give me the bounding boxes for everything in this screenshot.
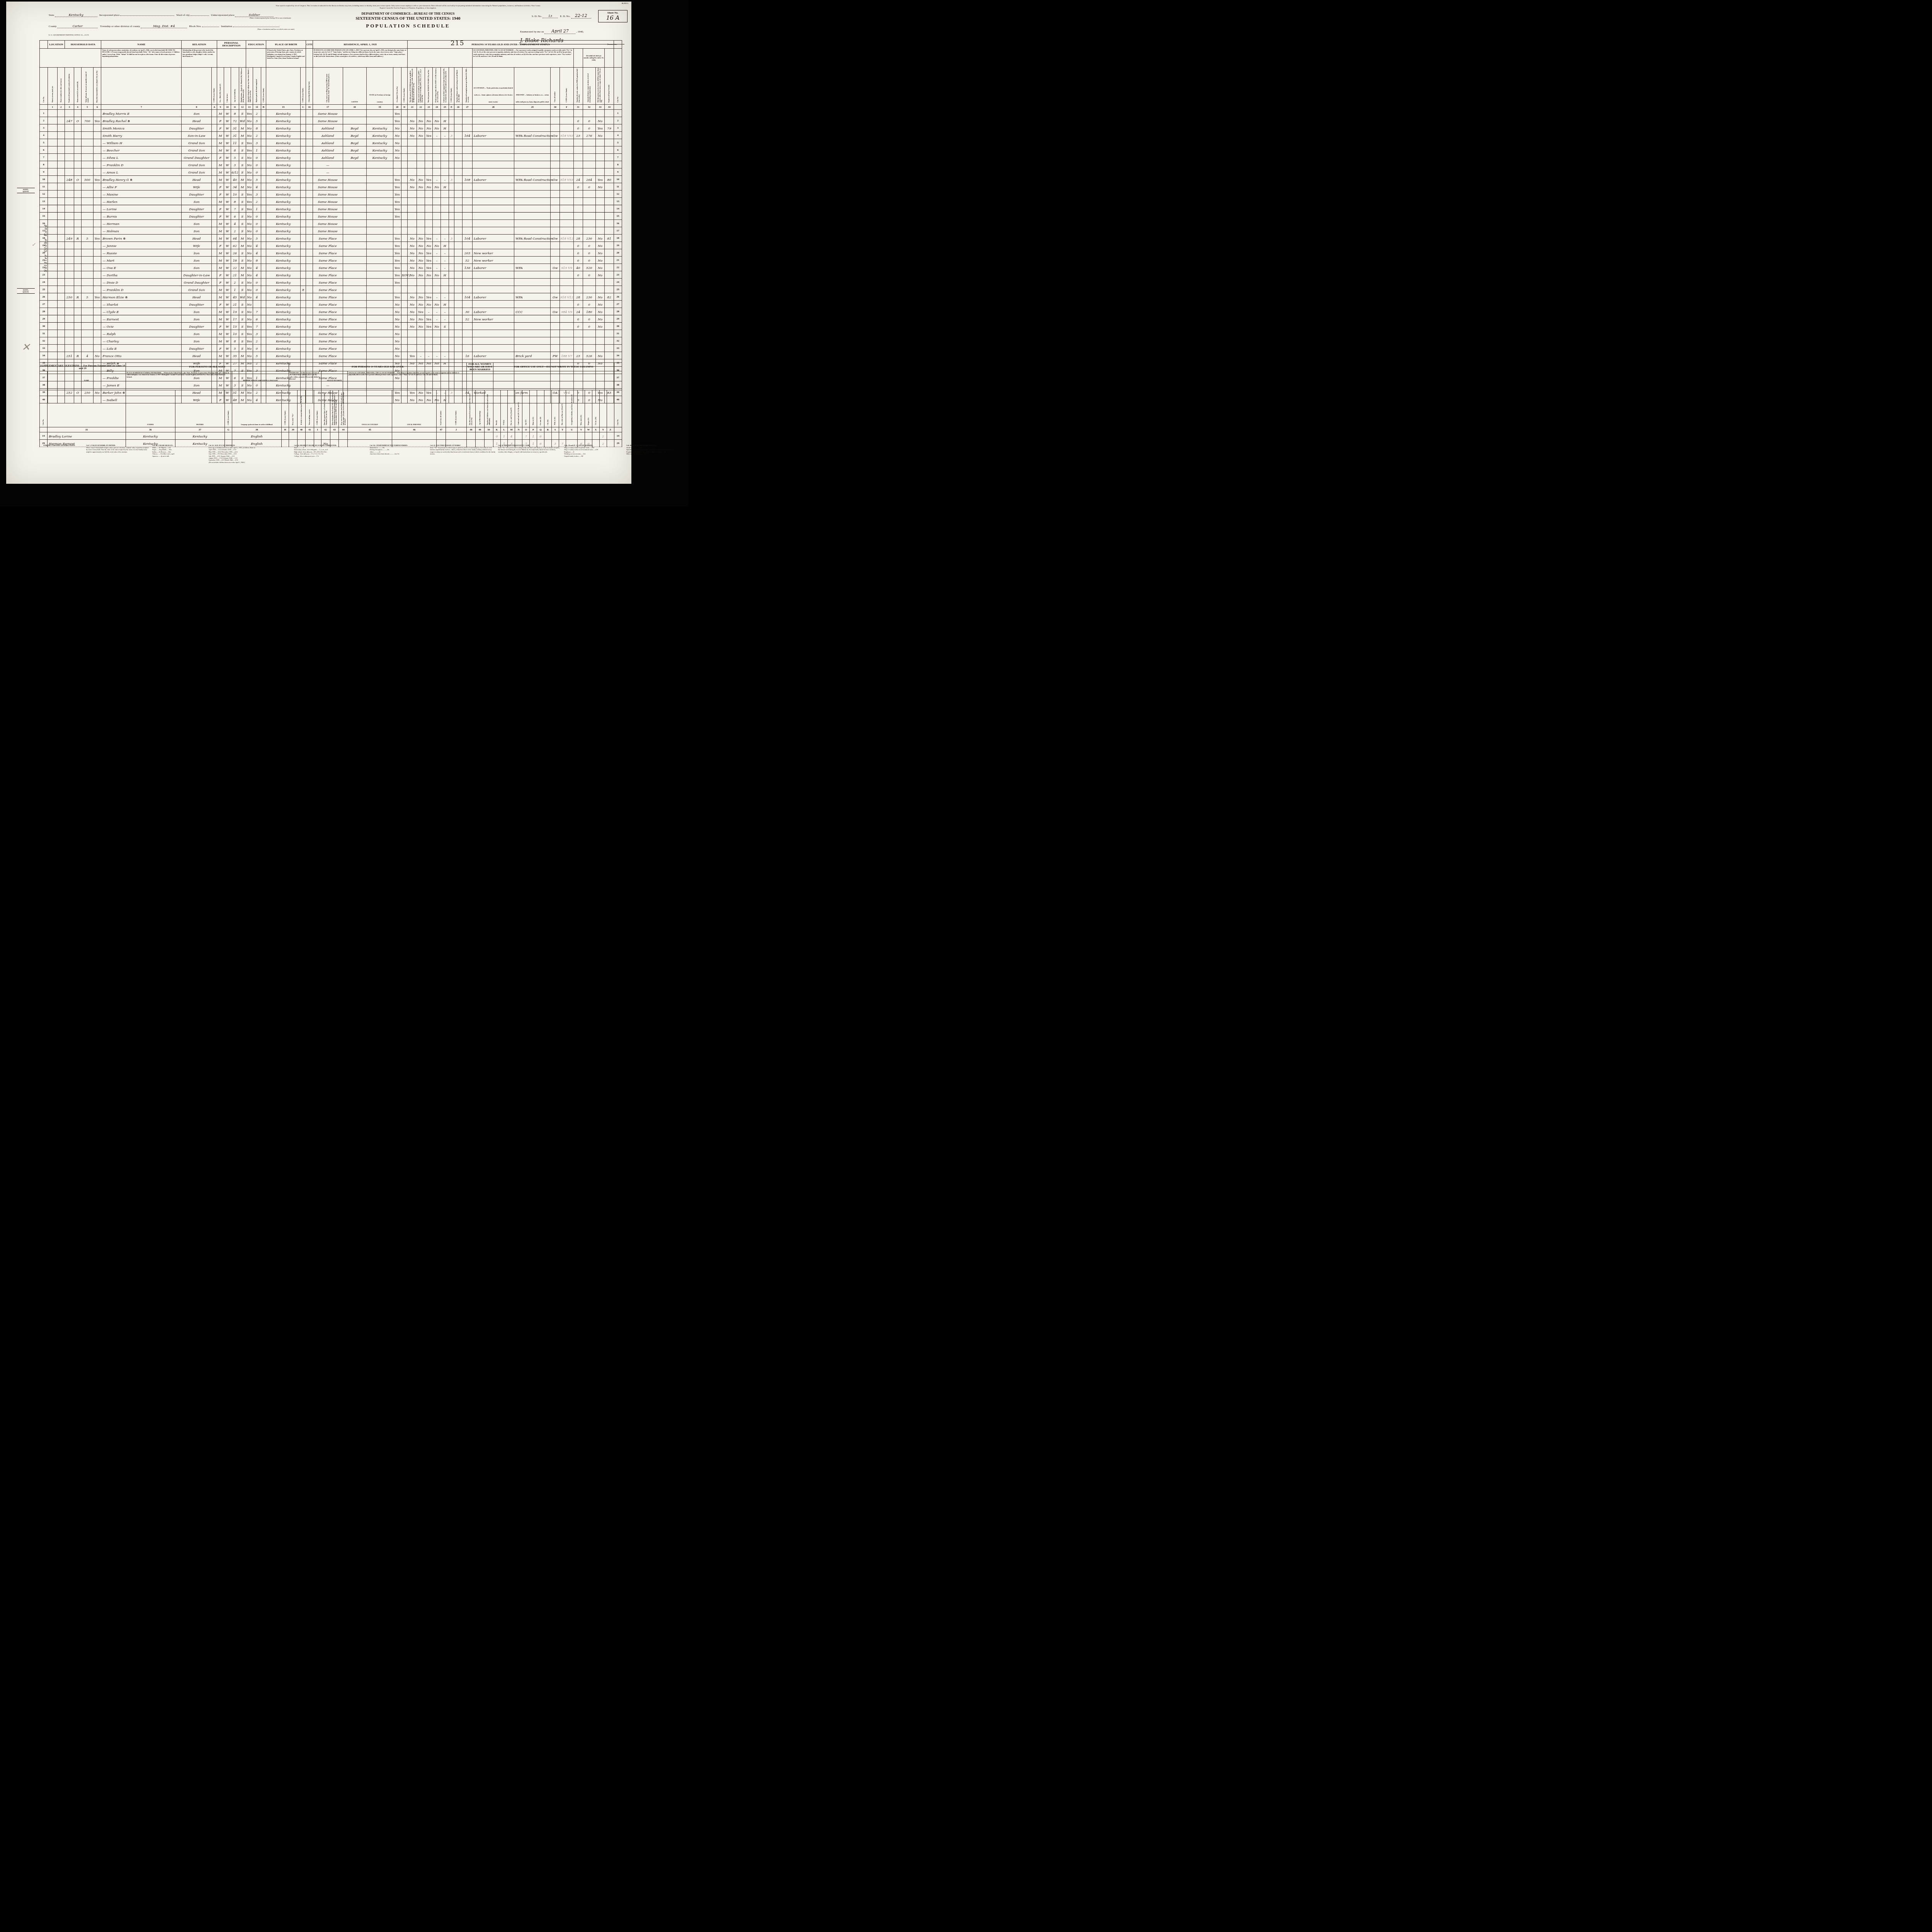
cell-c25: – [441, 308, 449, 315]
cell-c21: No [408, 323, 417, 330]
handwritten-entry: 4 [86, 354, 88, 358]
column-label-line: Line No. [40, 390, 48, 427]
cell-c19: Kentucky [366, 154, 393, 161]
cell-c14: 3 [253, 190, 261, 198]
cell-c6 [93, 132, 101, 139]
cell-c22: No [417, 264, 425, 271]
cell-c5: 700 [82, 117, 94, 124]
institution-label: Institution [221, 25, 232, 28]
handwritten-entry: R [77, 296, 79, 299]
cell-c22 [417, 279, 425, 286]
handwritten-entry: W [226, 127, 229, 130]
handwritten-entry: Kentucky [276, 127, 291, 130]
cell-c9: M [217, 330, 224, 337]
column-number-s42: 42 [321, 427, 330, 432]
cell-c20: No [393, 315, 401, 323]
handwritten-entry: F [219, 274, 222, 277]
cell-c9: F [217, 190, 224, 198]
cell-c12: S [239, 345, 246, 352]
handwritten-entry: M [219, 222, 222, 226]
handwritten-entry: Son [194, 318, 199, 321]
cell-c9: F [217, 323, 224, 330]
cell-cF: 918 V93 [560, 176, 574, 183]
handwritten-entry: No [247, 252, 252, 255]
cell-cB [261, 345, 266, 352]
handwritten-entry: – [444, 296, 446, 299]
handwritten-entry: – [444, 310, 446, 314]
cell-c6: Yes [93, 235, 101, 242]
cell-c31 [574, 139, 583, 146]
subgroup-instructions [574, 49, 583, 68]
cell-c28 [473, 110, 514, 117]
cell-c21: No [408, 293, 417, 301]
cell-c7: — Burnis [101, 213, 182, 220]
cell-c33 [595, 213, 605, 220]
cell-c23: Yes [425, 176, 433, 183]
handwritten-entry: No [247, 222, 252, 226]
cell-c11: 10 [231, 190, 239, 198]
cell-cA [212, 308, 217, 315]
cell-c14: 0 [253, 168, 261, 176]
cell-c3 [65, 323, 74, 330]
cell-c33 [595, 139, 605, 146]
handwritten-entry: Kentucky [276, 325, 291, 328]
cell-lineR: 23 [614, 271, 622, 279]
cell-cD [401, 124, 408, 132]
cell-cC [301, 337, 306, 345]
cell-c19 [366, 337, 393, 345]
handwritten-entry: Yes [395, 244, 400, 248]
group-header: FOR PERSONS 14 YEARS OLD AND OVER [289, 363, 466, 371]
cell-mother: Kentucky [175, 432, 224, 440]
table-row: 34251R4NoFrance OttoHeadMW35MNo5Kentucky… [40, 352, 622, 359]
column-label-N: Color and nat. (10, 15, 36, and 37) [515, 390, 522, 427]
cell-c7: — Jannie [101, 242, 182, 249]
handwritten-entry: No [395, 156, 400, 160]
handwritten-entry: No [434, 244, 439, 248]
cell-c25: H [441, 124, 449, 132]
cell-c29 [514, 337, 551, 345]
cell-c12: M [239, 235, 246, 242]
cell-c20 [393, 227, 401, 235]
handwritten-entry: No [434, 185, 439, 189]
subgroup-instructions: If born in the United States, give State… [266, 49, 306, 68]
table-row: 10248O500YesBradley Henry G ⊗HeadMW40MNo… [40, 176, 622, 183]
cell-c25: H [441, 183, 449, 190]
cell-c28 [473, 279, 514, 286]
column-label-v40: If child, is veteran-father dead? (Yes o… [297, 390, 306, 427]
handwritten-entry: W [226, 310, 229, 314]
handwritten-entry: WPA [515, 266, 523, 270]
cell-c5 [82, 146, 94, 154]
cell-c34 [605, 168, 614, 176]
cell-c4 [74, 264, 81, 271]
cell-c31: 0 [574, 301, 583, 308]
cell-c10: W [224, 132, 231, 139]
cell-c15: Kentucky [266, 154, 301, 161]
dept-title: DEPARTMENT OF COMMERCE—BUREAU OF THE CEN… [300, 12, 516, 15]
cell-cE [449, 271, 454, 279]
note-body: White.......W Filipino.......Fil Negro..… [152, 447, 206, 457]
cell-cB [261, 279, 266, 286]
cell-c13: No [246, 168, 253, 176]
cell-c25: – [441, 293, 449, 301]
handwritten-entry: — Lorine [102, 207, 117, 211]
column-label-c23: Was this person SEEKING WORK? (Yes or No… [425, 68, 433, 105]
cell-c16 [306, 220, 313, 227]
handwritten-entry: 230 [586, 237, 592, 240]
group-header: FOR OFFICE USE ONLY—DO NOT WRITE IN THES… [493, 363, 614, 371]
column-number-cC: C [301, 105, 306, 110]
cell-c24 [433, 213, 441, 220]
cell-cD [401, 293, 408, 301]
handwritten-entry: Yes [426, 178, 431, 182]
cell-c4 [74, 220, 81, 227]
cell-c3 [65, 301, 74, 308]
handwritten-entry: M [241, 354, 244, 358]
handwritten-entry: No [247, 347, 252, 350]
cell-c8: Daughter-in-Law [182, 271, 212, 279]
cell-c25 [441, 220, 449, 227]
handwritten-entry: No [247, 288, 252, 292]
handwritten-entry: — Burnis [102, 215, 117, 218]
cell-c3 [65, 161, 74, 168]
cell-c19 [366, 198, 393, 205]
handwritten-entry: No [598, 354, 602, 358]
handwritten-entry: Same Place [319, 244, 337, 248]
table-row: 20— RussieSonMW26SNo4KentuckySame PlaceY… [40, 249, 622, 257]
handwritten-entry: S [241, 230, 243, 233]
handwritten-entry: — Harlen [102, 200, 117, 204]
handwritten-entry: Daughter [189, 127, 204, 130]
cell-c3 [65, 124, 74, 132]
cell-c23 [425, 161, 433, 168]
cell-cC [301, 220, 306, 227]
column-number-c29: 29 [514, 105, 551, 110]
cell-cF [560, 271, 574, 279]
cell-T [559, 432, 566, 440]
handwritten-entry: Kentucky [276, 318, 291, 321]
cell-c24: – [433, 264, 441, 271]
subgroup-instructions: SOCIAL SECURITY [321, 371, 348, 390]
cell-c10: W [224, 110, 231, 117]
cell-c9: M [217, 110, 224, 117]
cell-c25 [441, 190, 449, 198]
column-number-G: G [225, 427, 232, 432]
handwritten-entry: No [247, 156, 252, 160]
cell-cC [301, 205, 306, 213]
cell-c30 [551, 227, 560, 235]
cell-c3: 248 [65, 176, 74, 183]
note-block: Col. 16. CITIZENSHIP OF THE FOREIGN BORN… [370, 444, 428, 463]
cell-c6 [93, 249, 101, 257]
cell-c23: No [425, 124, 433, 132]
cell-c28 [473, 271, 514, 279]
handwritten-entry: Yes [395, 119, 400, 123]
column-number-H: H [282, 427, 289, 432]
cell-c7: Smith Monica [101, 124, 182, 132]
cell-c10: W [224, 124, 231, 132]
cell-c24: No [433, 124, 441, 132]
cell-c21: No [408, 117, 417, 124]
cell-c18 [343, 242, 366, 249]
cell-cB [261, 205, 266, 213]
cell-c9: M [217, 161, 224, 168]
handwritten-entry: Kentucky [276, 149, 291, 152]
cell-c13: No [246, 132, 253, 139]
cell-c13: No [246, 264, 253, 271]
pencil-entry: 3 [451, 178, 452, 182]
handwritten-entry: W [226, 230, 229, 233]
cell-cD [401, 323, 408, 330]
cell-c31 [574, 220, 583, 227]
column-label-W: Wages (32) [585, 390, 592, 427]
handwritten-entry: Grand Son [188, 288, 205, 292]
cell-c15: Kentucky [266, 264, 301, 271]
cell-c22: No [417, 257, 425, 264]
handwritten-entry: No [410, 325, 415, 328]
handwritten-entry: Ashland [321, 156, 334, 160]
handwritten-entry: Same Place [319, 332, 337, 336]
cell-c34 [605, 271, 614, 279]
cell-c25: – [441, 132, 449, 139]
column-label-c32: Amount of money wages or salary received… [583, 68, 595, 105]
cell-c16 [306, 154, 313, 161]
handwritten-entry: 500 [84, 178, 90, 182]
handwritten-entry: W [226, 156, 229, 160]
cell-c4: O [74, 176, 81, 183]
handwritten-entry: 6/12 [231, 171, 238, 174]
cell-c20: Yes [393, 198, 401, 205]
group-header: FOR PERSONS OF ALL AGES [126, 363, 289, 371]
handwritten-entry: 4 [256, 266, 258, 270]
handwritten-entry: Same House [318, 185, 338, 189]
cell-lineR: 5 [614, 139, 622, 146]
cell-c32 [583, 330, 595, 337]
column-number-c3: 3 [65, 105, 74, 110]
cell-c9: M [217, 235, 224, 242]
cell-c28: New worker [473, 249, 514, 257]
column-number-c14: 14 [253, 105, 261, 110]
cell-c30 [551, 271, 560, 279]
handwritten-entry: — Mart [102, 259, 114, 262]
cell-cE [449, 286, 454, 293]
cell-c21 [408, 205, 417, 213]
cell-c21 [408, 227, 417, 235]
cell-c18 [343, 286, 366, 293]
cell-c10: W [224, 308, 231, 315]
handwritten-entry: Kentucky [276, 156, 291, 160]
cell-c12: S [239, 308, 246, 315]
handwritten-entry: S [241, 141, 243, 145]
cell-c16 [306, 235, 313, 242]
cell-c17: Same Place [313, 257, 343, 264]
cell-c32: 0 [583, 242, 595, 249]
form-grid: SUPPLEMENTARY QUESTIONS — For Persons En… [39, 362, 622, 447]
column-label-L: V-R (5) [500, 390, 508, 427]
handwritten-entry: 8 [256, 127, 258, 130]
handwritten-entry: – [436, 354, 437, 358]
cell-c32 [583, 220, 595, 227]
cell-c16 [306, 132, 313, 139]
cell-cA [212, 271, 217, 279]
cell-line: 18 [40, 235, 48, 242]
handwritten-entry: W [226, 193, 229, 196]
cell-cA [212, 345, 217, 352]
cell-c10: W [224, 352, 231, 359]
cell-c28 [473, 227, 514, 235]
cell-c13: No [246, 279, 253, 286]
cell-line: 8 [40, 161, 48, 168]
cell-cE [449, 205, 454, 213]
cell-c1 [48, 286, 57, 293]
column-label-w48: Has this woman been married more than on… [466, 390, 475, 427]
cell-c25: – [441, 235, 449, 242]
group-header: CITIZENSHIP [306, 41, 313, 49]
cell-lineR: 33 [614, 345, 622, 352]
cell-c7: — Ralph [101, 330, 182, 337]
cell-c7: — Amos L [101, 168, 182, 176]
cell-c24 [433, 190, 441, 198]
cell-c17: Same House [313, 117, 343, 124]
table-row: 2247O700YesBradley Rachel ⊗HeadFW72WdNo5… [40, 117, 622, 124]
handwritten-entry: Yes [247, 149, 252, 152]
table-row: 12— MaxineDaughterFW10SYes3KentuckySame … [40, 190, 622, 198]
cell-c19 [366, 293, 393, 301]
handwritten-entry: Yes [426, 252, 431, 255]
cell-c18: Boyd [343, 132, 366, 139]
handwritten-entry: 8 [234, 112, 236, 116]
cell-c31: 24 [574, 308, 583, 315]
cell-c32: 230 [583, 235, 595, 242]
cell-c18 [343, 213, 366, 220]
cell-cA [212, 257, 217, 264]
handwritten-entry: – [436, 296, 437, 299]
cell-c34 [605, 205, 614, 213]
handwritten-entry: Bradley Morris E [102, 112, 129, 116]
cell-c30 [551, 213, 560, 220]
pencil-entry: 2 [602, 435, 604, 438]
cell-cC [301, 352, 306, 359]
cell-c34: 80 [605, 176, 614, 183]
handwritten-entry: — Ralph [102, 332, 116, 336]
cell-line: 31 [40, 330, 48, 337]
cell-c5 [82, 198, 94, 205]
cell-c12: S [239, 205, 246, 213]
cell-c19 [366, 279, 393, 286]
cell-c28: Laborer [473, 235, 514, 242]
cell-c20 [393, 161, 401, 168]
cell-c12: S [239, 168, 246, 176]
cell-c2 [57, 315, 65, 323]
handwritten-entry: 8 [256, 259, 258, 262]
column-label-c19: STATE (or Territory or foreign country) [366, 68, 393, 105]
handwritten-entry: Yes [247, 193, 252, 196]
cell-s43 [330, 432, 339, 440]
cell-c3 [65, 190, 74, 198]
table-row: 33— Lola EDaughterFW5SNo0KentuckySame Pl… [40, 345, 622, 352]
cell-c15: Kentucky [266, 117, 301, 124]
column-label-c15 [266, 68, 301, 105]
cell-c7: — Beecher [101, 146, 182, 154]
handwritten-entry: S [241, 288, 243, 292]
handwritten-entry: 79 [607, 127, 611, 130]
column-label-c1: Street, avenue, road, etc. [48, 68, 57, 105]
cell-cD [401, 235, 408, 242]
cell-c15: Kentucky [266, 205, 301, 213]
handwritten-entry: WPA Road Construction [515, 134, 553, 138]
cell-c6 [93, 124, 101, 132]
cell-c6: Yes [93, 117, 101, 124]
cell-c19 [366, 301, 393, 308]
cell-c17: Same Place [313, 249, 343, 257]
pencil-entry: 918 V12 [560, 296, 573, 299]
column-label-c21: Was this person AT WORK for pay or profi… [408, 68, 417, 105]
cell-c17: Same Place [313, 271, 343, 279]
table-row: 27— SharlotDaughterFW21SNoKentuckySame P… [40, 301, 622, 308]
handwritten-entry: 5 [234, 347, 236, 350]
cell-c20: No [393, 330, 401, 337]
cell-c6: Yes [93, 293, 101, 301]
cell-c20: No [393, 301, 401, 308]
cell-c28 [473, 330, 514, 337]
cell-c30 [551, 154, 560, 161]
cell-c34 [605, 227, 614, 235]
cell-c3 [65, 279, 74, 286]
cell-c28 [473, 345, 514, 352]
handwritten-entry: – [428, 354, 430, 358]
cell-cC [301, 279, 306, 286]
cell-cC [301, 154, 306, 161]
cell-c17: Same Place [313, 352, 343, 359]
cell-cC [301, 293, 306, 301]
handwritten-entry: Kentucky [372, 156, 387, 160]
cell-c32: 0 [583, 315, 595, 323]
cell-c1 [48, 168, 57, 176]
handwritten-entry: No [247, 237, 252, 240]
handwritten-entry: – [444, 354, 446, 358]
cell-c27: 30 [462, 308, 472, 315]
cell-c30 [551, 183, 560, 190]
cell-c31 [574, 279, 583, 286]
cell-c24 [433, 198, 441, 205]
cell-lineR: 31 [614, 330, 622, 337]
handwritten-entry: 64 [233, 237, 237, 240]
cell-c16 [306, 213, 313, 220]
subgroup-instructions: PLACE OF BIRTH OF FATHER AND MOTHER — If… [126, 371, 232, 390]
cell-lineR: 1 [614, 110, 622, 117]
cell-c31 [574, 286, 583, 293]
handwritten-entry: 1 [256, 207, 258, 211]
cell-w48 [466, 432, 475, 440]
cell-cA [212, 190, 217, 198]
cell-cD [401, 242, 408, 249]
column-number-ind46: 46 [392, 427, 437, 432]
handwritten-entry: Smith Monica [102, 127, 124, 130]
column-label-T: Hrs. wkd. or Dur. un. (26 or 27) [559, 390, 566, 427]
cell-cB [261, 301, 266, 308]
cell-c32: 0 [583, 249, 595, 257]
cell-c22: No [417, 323, 425, 330]
handwritten-entry: 24 [576, 310, 580, 314]
column-label-s43: Were deductions for Federal Old-Age Insu… [330, 390, 339, 427]
handwritten-entry: Yes [247, 141, 252, 145]
cell-cF [560, 198, 574, 205]
margin-x-mark: ✕ [22, 342, 30, 353]
note-block: Col. 11. AGE AT LAST BIRTHDAY:Enter age … [209, 444, 292, 463]
cell-cE [449, 139, 454, 146]
handwritten-entry: Same Place [319, 318, 337, 321]
